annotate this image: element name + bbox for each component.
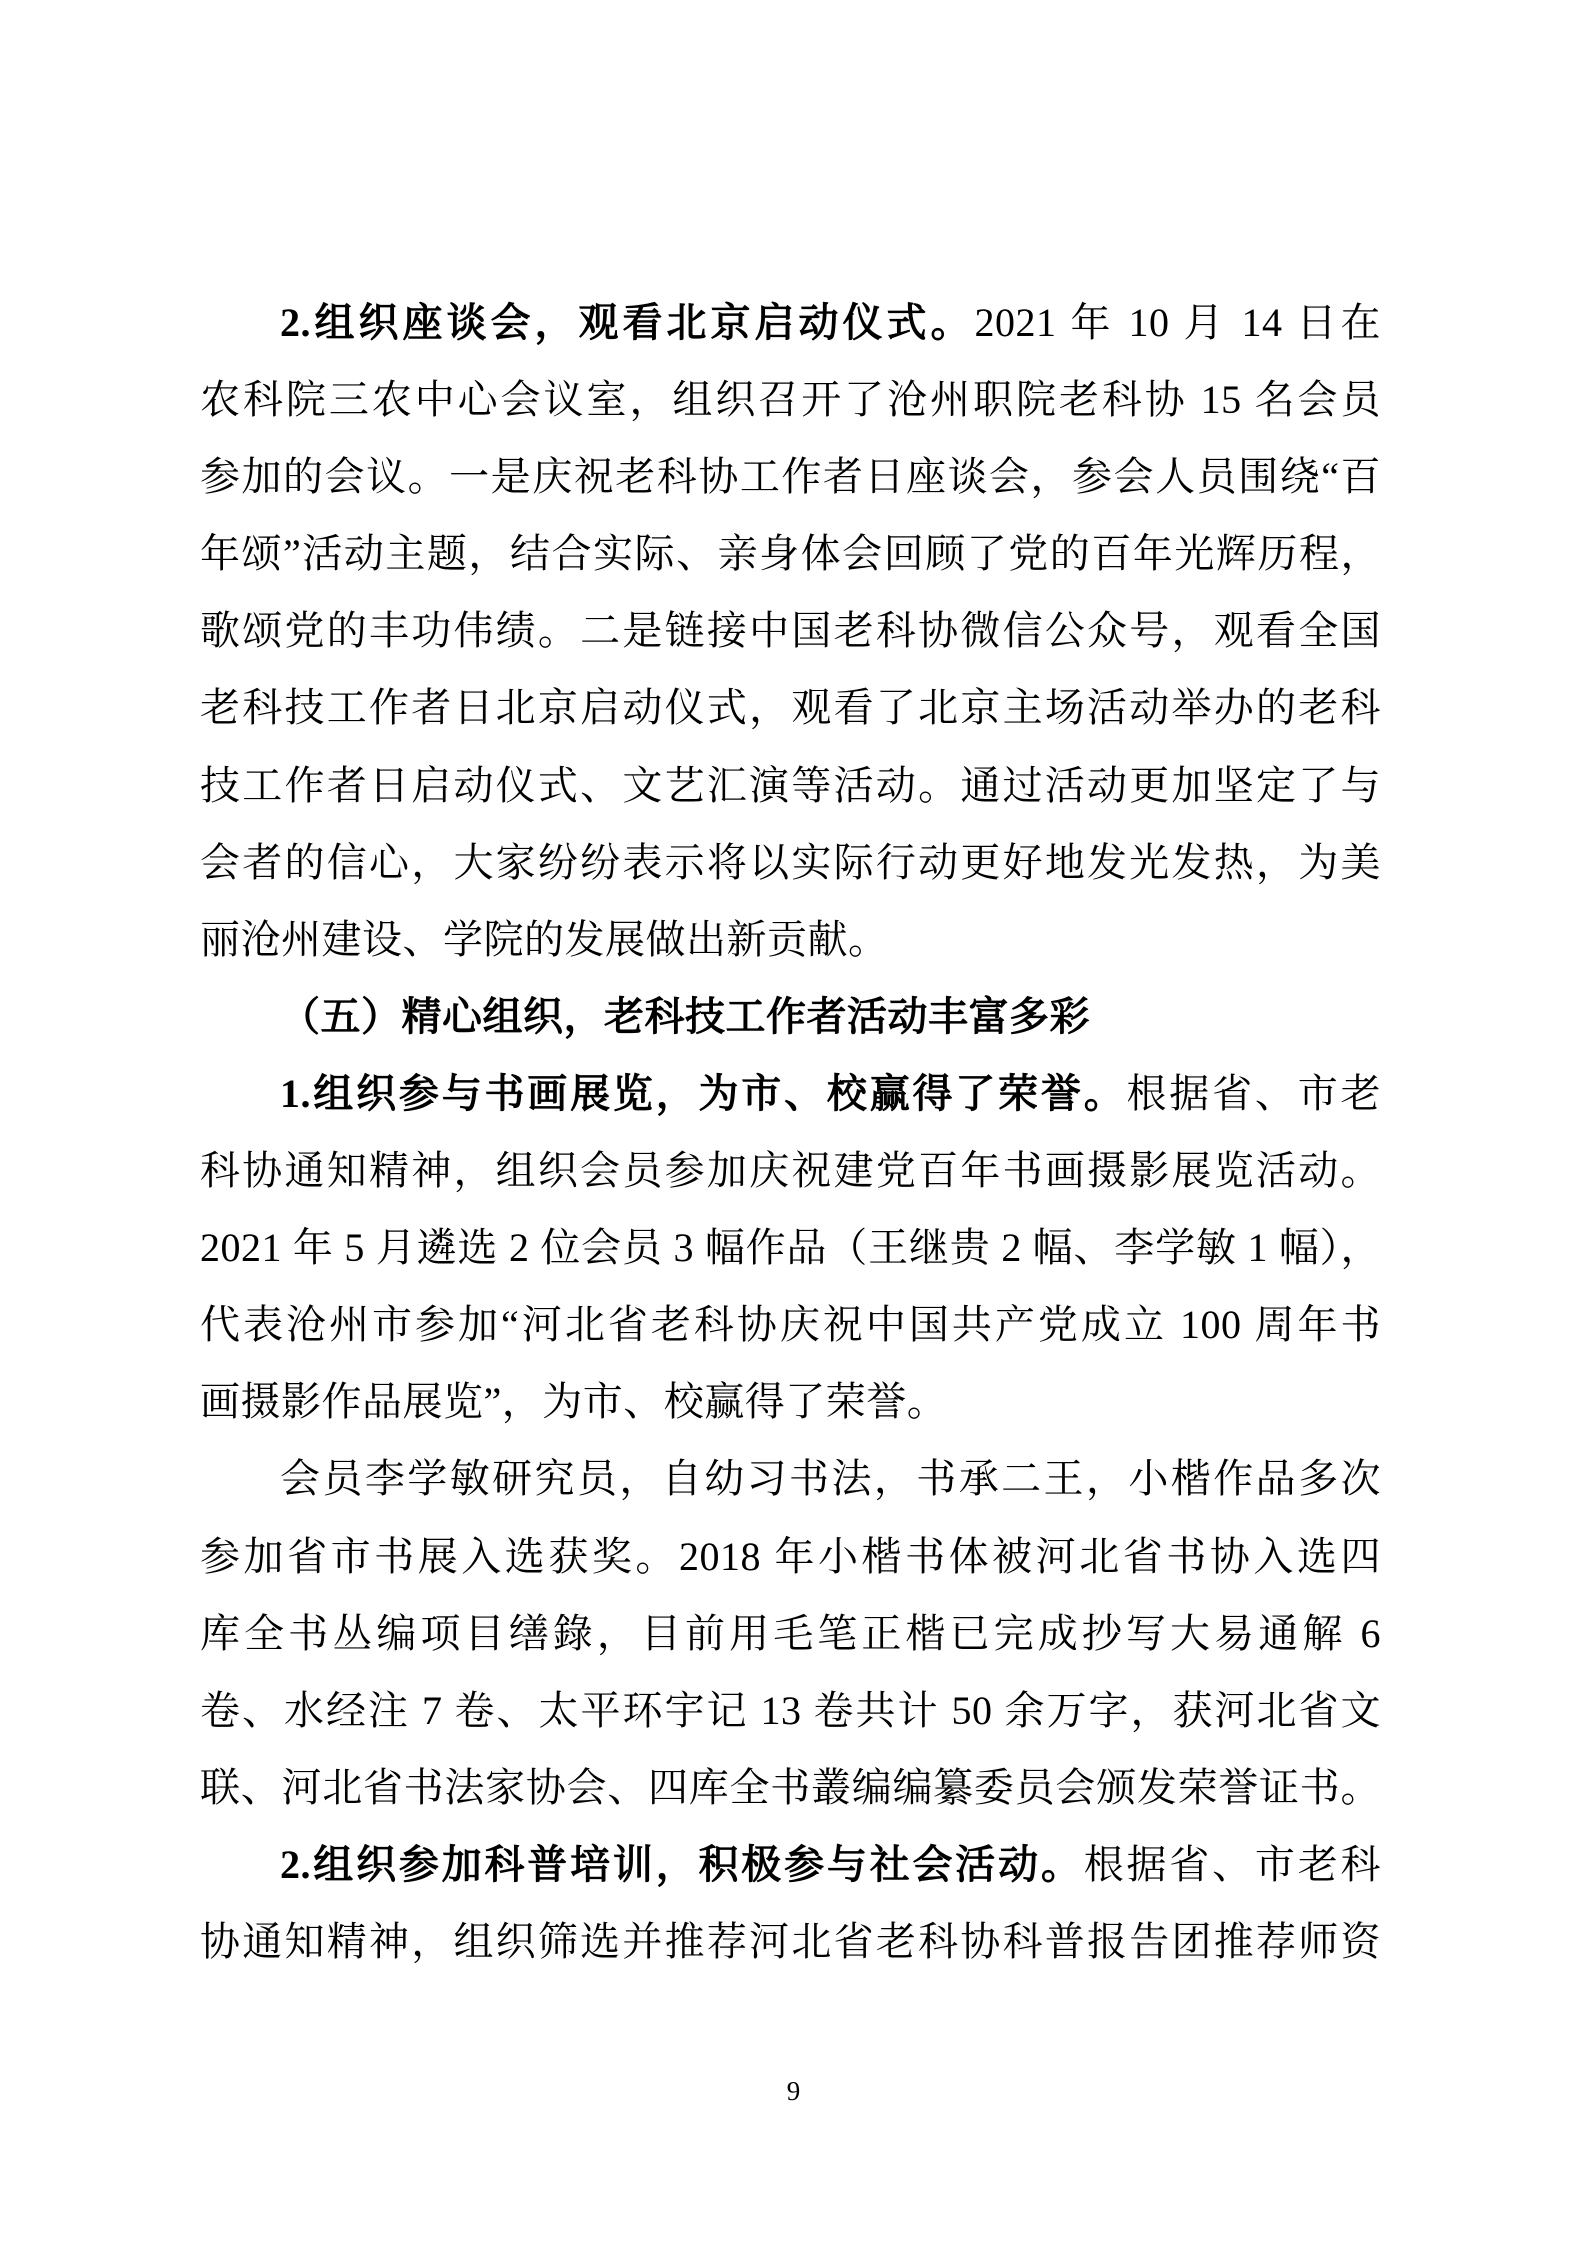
text-line: 画摄影作品展览”，为市、校赢得了荣誉。 [200,1363,1381,1440]
text-run: 协通知精神，组织筛选并推荐河北省老科协科普报告团推荐师资 [200,1919,1381,1964]
text-run: 卷、水经注 7 卷、太平环宇记 13 卷共计 50 余万字，获河北省文 [200,1688,1381,1733]
bold-text-run: 1.组织参与书画展览，为市、校赢得了荣誉。 [280,1071,1127,1116]
text-run: 根据省、市老 [1127,1071,1382,1116]
document-page: 2.组织座谈会，观看北京启动仪式。2021 年 10 月 14 日在农科院三农中… [0,0,1587,2245]
text-run: 会者的信心，大家纷纷表示将以实际行动更好地发光发热，为美 [200,840,1381,885]
text-run: 联、河北省书法家协会、四库全书叢编编纂委员会颁发荣誉证书。 [200,1765,1381,1810]
text-line: 歌颂党的丰功伟绩。二是链接中国老科协微信公众号，观看全国 [200,592,1381,669]
text-run: 2021 年 10 月 14 日在 [975,300,1382,345]
text-line: （五）精心组织，老科技工作者活动丰富多彩 [200,978,1381,1055]
text-line: 代表沧州市参加“河北省老科协庆祝中国共产党成立 100 周年书 [200,1286,1381,1363]
text-run: 画摄影作品展览”，为市、校赢得了荣誉。 [200,1379,947,1424]
text-line: 丽沧州建设、学院的发展做出新贡献。 [200,901,1381,978]
bold-text-run: 2.组织参加科普培训，积极参与社会活动。 [280,1842,1084,1887]
text-run: 库全书丛编项目缮錄，目前用毛笔正楷已完成抄写大易通解 6 [200,1611,1381,1656]
text-line: 技工作者日启动仪式、文艺汇演等活动。通过活动更加坚定了与 [200,747,1381,824]
text-line: 协通知精神，组织筛选并推荐河北省老科协科普报告团推荐师资 [200,1903,1381,1980]
page-footer: 9 [0,2075,1587,2107]
text-line: 2021 年 5 月遴选 2 位会员 3 幅作品（王继贵 2 幅、李学敏 1 幅… [200,1209,1381,1286]
text-block: 2.组织座谈会，观看北京启动仪式。2021 年 10 月 14 日在农科院三农中… [200,284,1381,1980]
text-run: 会员李学敏研究员，自幼习书法，书承二王，小楷作品多次 [280,1456,1381,1501]
text-run: 歌颂党的丰功伟绩。二是链接中国老科协微信公众号，观看全国 [200,608,1381,653]
text-line: 参加省市书展入选获奖。2018 年小楷书体被河北省书协入选四 [200,1518,1381,1595]
text-line: 参加的会议。一是庆祝老科协工作者日座谈会，参会人员围绕“百 [200,438,1381,515]
text-run: 参加省市书展入选获奖。2018 年小楷书体被河北省书协入选四 [200,1534,1381,1579]
text-run: 2021 年 5 月遴选 2 位会员 3 幅作品（王继贵 2 幅、李学敏 1 幅… [200,1225,1381,1270]
text-line: 会员李学敏研究员，自幼习书法，书承二王，小楷作品多次 [200,1440,1381,1517]
text-line: 会者的信心，大家纷纷表示将以实际行动更好地发光发热，为美 [200,824,1381,901]
text-line: 2.组织参加科普培训，积极参与社会活动。根据省、市老科 [200,1826,1381,1903]
text-line: 2.组织座谈会，观看北京启动仪式。2021 年 10 月 14 日在 [200,284,1381,361]
text-run: 老科技工作者日北京启动仪式，观看了北京主场活动举办的老科 [200,685,1381,730]
text-run: 科协通知精神，组织会员参加庆祝建党百年书画摄影展览活动。 [200,1148,1381,1193]
text-line: 1.组织参与书画展览，为市、校赢得了荣誉。根据省、市老 [200,1055,1381,1132]
text-run: 丽沧州建设、学院的发展做出新贡献。 [200,917,889,962]
page-number: 9 [787,2076,801,2106]
bold-text-run: 2.组织座谈会，观看北京启动仪式。 [280,300,975,345]
text-line: 联、河北省书法家协会、四库全书叢编编纂委员会颁发荣誉证书。 [200,1749,1381,1826]
bold-text-run: （五）精心组织，老科技工作者活动丰富多彩 [280,994,1090,1039]
text-line: 农科院三农中心会议室，组织召开了沧州职院老科协 15 名会员 [200,361,1381,438]
text-line: 年颂”活动主题，结合实际、亲身体会回顾了党的百年光辉历程， [200,515,1381,592]
text-run: 代表沧州市参加“河北省老科协庆祝中国共产党成立 100 周年书 [200,1302,1381,1347]
text-line: 老科技工作者日北京启动仪式，观看了北京主场活动举办的老科 [200,669,1381,746]
text-line: 库全书丛编项目缮錄，目前用毛笔正楷已完成抄写大易通解 6 [200,1595,1381,1672]
text-run: 农科院三农中心会议室，组织召开了沧州职院老科协 15 名会员 [200,377,1381,422]
text-run: 技工作者日启动仪式、文艺汇演等活动。通过活动更加坚定了与 [200,763,1381,808]
text-run: 参加的会议。一是庆祝老科协工作者日座谈会，参会人员围绕“百 [200,454,1381,499]
text-line: 卷、水经注 7 卷、太平环宇记 13 卷共计 50 余万字，获河北省文 [200,1672,1381,1749]
text-run: 年颂”活动主题，结合实际、亲身体会回顾了党的百年光辉历程， [200,531,1381,576]
text-run: 根据省、市老科 [1084,1842,1381,1887]
text-line: 科协通知精神，组织会员参加庆祝建党百年书画摄影展览活动。 [200,1132,1381,1209]
